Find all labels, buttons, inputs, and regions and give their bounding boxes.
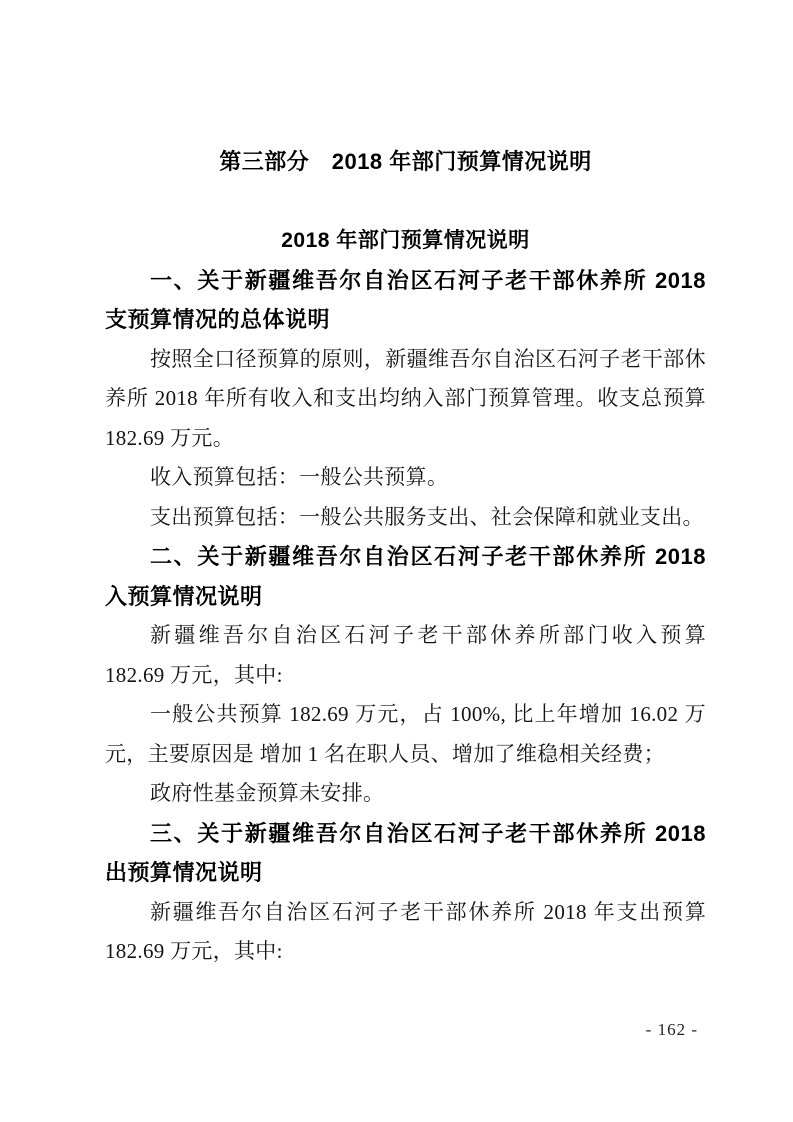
document-line: 元，主要原因是 增加 1 名在职人员、增加了维稳相关经费； bbox=[105, 735, 706, 775]
document-line: 养所 2018 年所有收入和支出均纳入部门预算管理。收支总预算 bbox=[105, 379, 706, 419]
document-page: 第三部分 2018 年部门预算情况说明2018 年部门预算情况说明一、关于新疆维… bbox=[0, 0, 793, 1122]
document-line: 2018 年部门预算情况说明 bbox=[105, 221, 706, 261]
document-title: 第三部分 2018 年部门预算情况说明 bbox=[105, 142, 706, 182]
section-heading-1: 一、关于新疆维吾尔自治区石河子老干部休养所 2018 年收支预算情况的总体说明 bbox=[105, 261, 706, 340]
document-line: 新疆维吾尔自治区石河子老干部休养所 2018 年支出预算 bbox=[105, 893, 706, 933]
document-line: 支预算情况的总体说明 bbox=[105, 300, 706, 340]
document-line: 新疆维吾尔自治区石河子老干部休养所部门收入预算 bbox=[105, 616, 706, 656]
body-paragraph: 收入预算包括：一般公共预算。 bbox=[105, 458, 706, 498]
section-heading-2: 二、关于新疆维吾尔自治区石河子老干部休养所 2018 年收入预算情况说明 bbox=[105, 537, 706, 616]
body-paragraph: 一般公共预算 182.69 万元，占 100%, 比上年增加 16.02 万元，… bbox=[105, 695, 706, 774]
body-paragraph: 支出预算包括：一般公共服务支出、社会保障和就业支出。 bbox=[105, 498, 706, 538]
document-line: 按照全口径预算的原则，新疆维吾尔自治区石河子老干部休 bbox=[105, 340, 706, 380]
document-line: 182.69 万元。 bbox=[105, 419, 706, 459]
document-line: 一、关于新疆维吾尔自治区石河子老干部休养所 2018 年收 bbox=[105, 261, 706, 301]
document-line: 二、关于新疆维吾尔自治区石河子老干部休养所 2018 年收 bbox=[105, 537, 706, 577]
document-line: 出预算情况说明 bbox=[105, 853, 706, 893]
body-paragraph: 按照全口径预算的原则，新疆维吾尔自治区石河子老干部休养所 2018 年所有收入和… bbox=[105, 340, 706, 459]
body-paragraph: 新疆维吾尔自治区石河子老干部休养所 2018 年支出预算182.69 万元，其中… bbox=[105, 893, 706, 972]
page-number: - 162 - bbox=[646, 1016, 698, 1044]
body-paragraph: 新疆维吾尔自治区石河子老干部休养所部门收入预算182.69 万元，其中: bbox=[105, 616, 706, 695]
document-content: 第三部分 2018 年部门预算情况说明2018 年部门预算情况说明一、关于新疆维… bbox=[105, 142, 706, 972]
document-line: 入预算情况说明 bbox=[105, 577, 706, 617]
document-line: 182.69 万元，其中: bbox=[105, 932, 706, 972]
section-heading-3: 三、关于新疆维吾尔自治区石河子老干部休养所 2018 年支出预算情况说明 bbox=[105, 814, 706, 893]
document-line: 收入预算包括：一般公共预算。 bbox=[105, 458, 706, 498]
document-line: 一般公共预算 182.69 万元，占 100%, 比上年增加 16.02 万 bbox=[105, 695, 706, 735]
body-paragraph: 政府性基金预算未安排。 bbox=[105, 774, 706, 814]
document-line: 支出预算包括：一般公共服务支出、社会保障和就业支出。 bbox=[105, 498, 706, 538]
document-line: 三、关于新疆维吾尔自治区石河子老干部休养所 2018 年支 bbox=[105, 814, 706, 854]
document-line: 182.69 万元，其中: bbox=[105, 656, 706, 696]
document-subtitle: 2018 年部门预算情况说明 bbox=[105, 221, 706, 261]
document-line: 第三部分 2018 年部门预算情况说明 bbox=[105, 142, 706, 182]
document-line: 政府性基金预算未安排。 bbox=[105, 774, 706, 814]
